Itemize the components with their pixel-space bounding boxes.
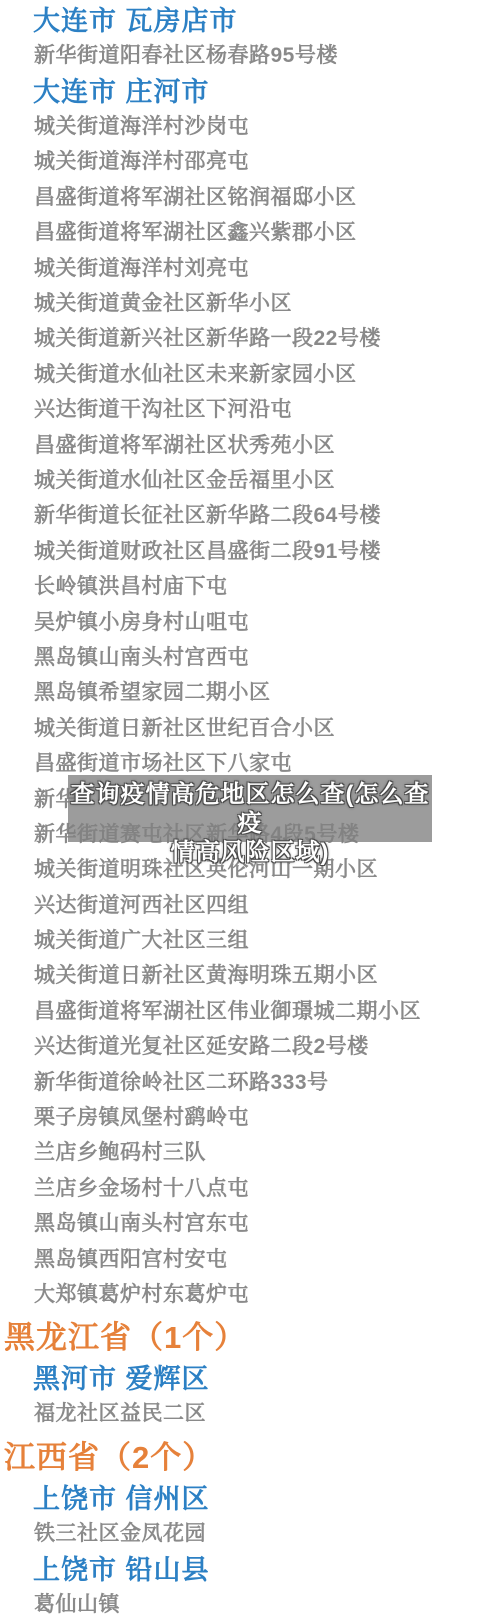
- risk-area-item: 大郑镇葛炉村东葛炉屯: [0, 1275, 500, 1310]
- risk-area-item: 城关街道财政社区昌盛街二段91号楼: [0, 532, 500, 567]
- risk-area-item: 葛仙山镇: [0, 1585, 500, 1619]
- risk-area-item: 城关街道海洋村邵亮屯: [0, 143, 500, 178]
- risk-area-item: 昌盛街道将军湖社区伟业御璟城二期小区: [0, 992, 500, 1027]
- risk-area-item: 城关街道海洋村沙岗屯: [0, 107, 500, 142]
- risk-area-item: 栗子房镇凤堡村鹞岭屯: [0, 1098, 500, 1133]
- risk-area-item: 新华街道阳春社区杨春路95号楼: [0, 36, 500, 71]
- province-header: 黑龙江省（1个）: [0, 1311, 500, 1359]
- caption-line2: 情高风险区域): [68, 838, 432, 867]
- risk-area-item: 城关街道水仙社区未来新家园小区: [0, 355, 500, 390]
- risk-area-item: 福龙社区益民二区: [0, 1395, 500, 1430]
- risk-area-item: 城关街道新兴社区新华路一段22号楼: [0, 320, 500, 355]
- risk-area-item: 长岭镇洪昌村庙下屯: [0, 567, 500, 602]
- risk-area-item: 新华街道长征社区新华路二段64号楼: [0, 497, 500, 532]
- risk-area-item: 兴达街道干沟社区下河沿屯: [0, 391, 500, 426]
- risk-area-item: 城关街道广大社区三组: [0, 921, 500, 956]
- risk-area-item: 兰店乡金场村十八点屯: [0, 1169, 500, 1204]
- risk-area-item: 吴炉镇小房身村山咀屯: [0, 603, 500, 638]
- risk-area-item: 昌盛街道将军湖社区状秀苑小区: [0, 426, 500, 461]
- risk-area-item: 城关街道日新社区世纪百合小区: [0, 709, 500, 744]
- risk-area-item: 黑岛镇希望家园二期小区: [0, 674, 500, 709]
- risk-area-item: 铁三社区金凤花园: [0, 1514, 500, 1549]
- risk-area-item: 兴达街道光复社区延安路二段2号楼: [0, 1028, 500, 1063]
- risk-area-item: 黑岛镇山南头村宫东屯: [0, 1205, 500, 1240]
- province-header: 江西省（2个）: [0, 1430, 500, 1478]
- risk-area-item: 黑岛镇西阳宫村安屯: [0, 1240, 500, 1275]
- risk-area-item: 昌盛街道将军湖社区铭润福邸小区: [0, 178, 500, 213]
- risk-area-item: 昌盛街道将军湖社区鑫兴紫郡小区: [0, 214, 500, 249]
- risk-area-item: 城关街道海洋村刘亮屯: [0, 249, 500, 284]
- risk-area-item: 黑岛镇山南头村宫西屯: [0, 638, 500, 673]
- city-header: 大连市 庄河市: [0, 71, 500, 107]
- risk-area-item: 城关街道水仙社区金岳福里小区: [0, 461, 500, 496]
- risk-area-item: 兴达街道河西社区四组: [0, 886, 500, 921]
- city-header: 黑河市 爱辉区: [0, 1359, 500, 1395]
- risk-area-item: 新华街道徐岭社区二环路333号: [0, 1063, 500, 1098]
- city-header: 大连市 瓦房店市: [0, 0, 500, 36]
- risk-area-item: 城关街道日新社区黄海明珠五期小区: [0, 957, 500, 992]
- city-header: 上饶市 铅山县: [0, 1549, 500, 1585]
- caption-line1: 查询疫情高危地区怎么查(怎么查疫: [68, 780, 432, 838]
- risk-area-item: 兰店乡鲍码村三队: [0, 1134, 500, 1169]
- city-header: 上饶市 信州区: [0, 1478, 500, 1514]
- risk-area-item: 城关街道黄金社区新华小区: [0, 284, 500, 319]
- caption-overlay: 查询疫情高危地区怎么查(怎么查疫 情高风险区域): [68, 775, 432, 842]
